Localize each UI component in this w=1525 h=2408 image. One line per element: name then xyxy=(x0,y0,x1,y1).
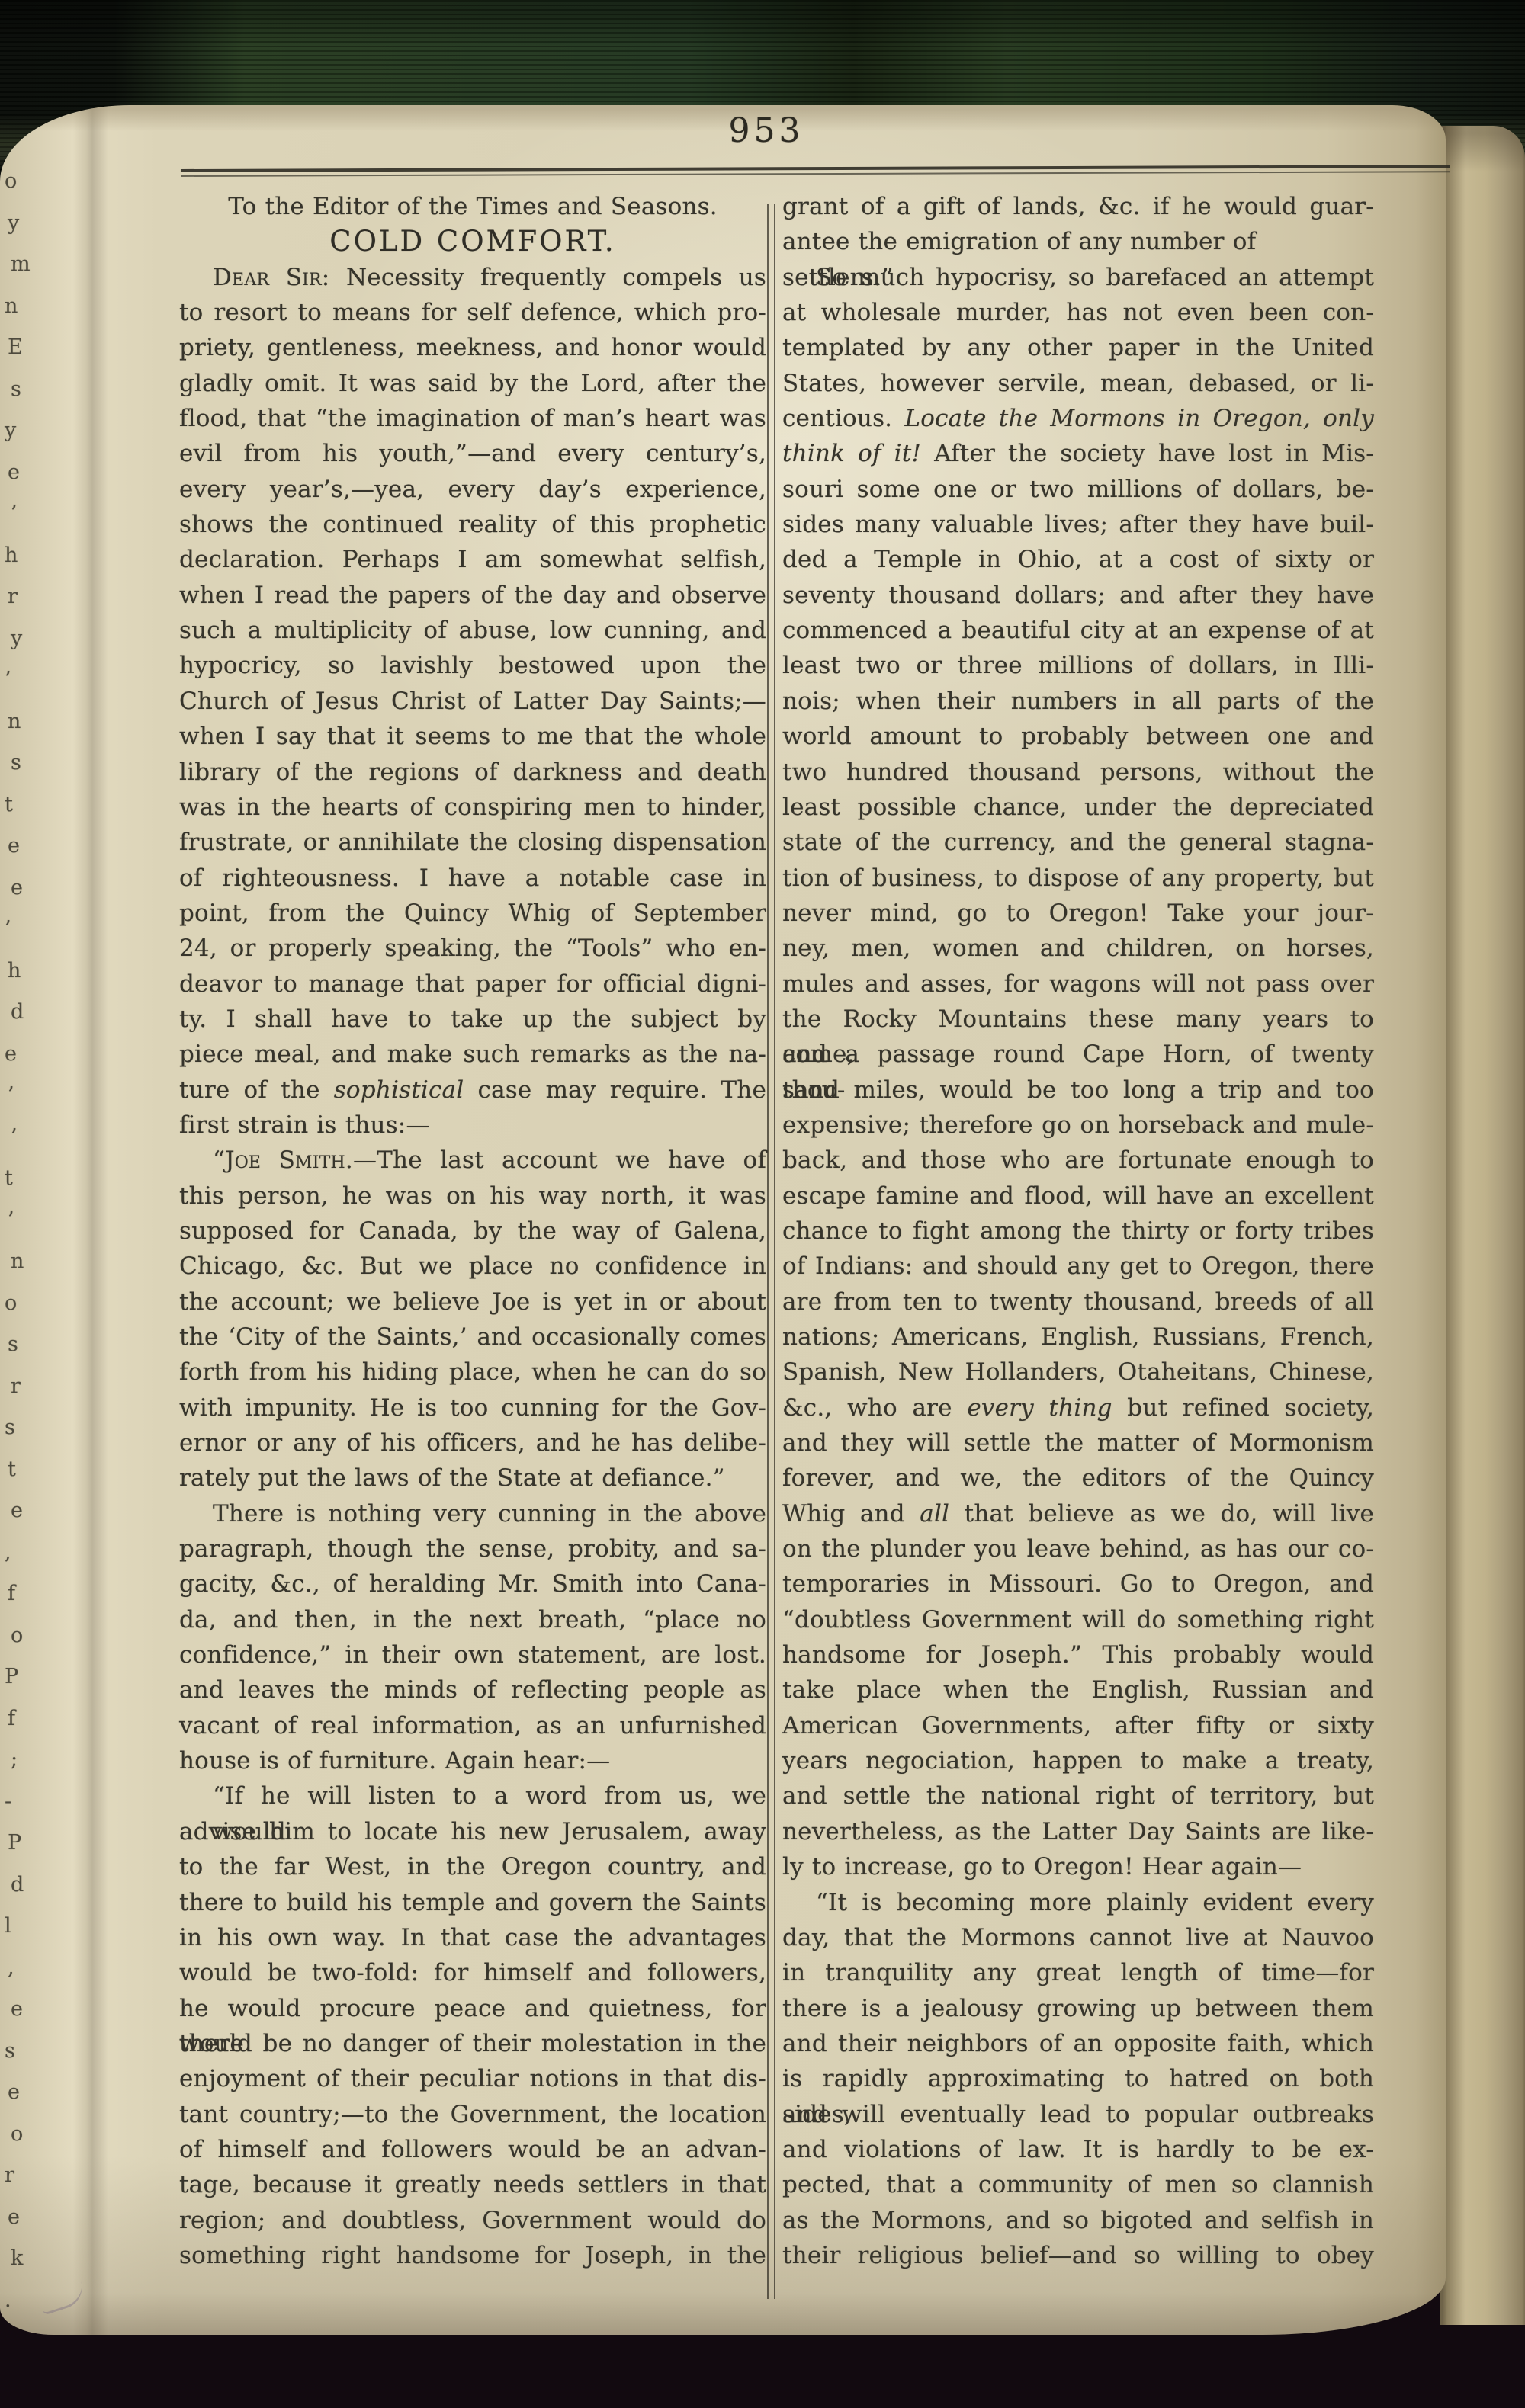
text-line: Church of Jesus Christ of Latter Day Sai… xyxy=(179,684,766,719)
text-line: shows the continued reality of this prop… xyxy=(179,507,766,542)
text-line: escape famine and flood, will have an ex… xyxy=(782,1178,1374,1214)
gutter-letter: , xyxy=(5,1541,11,1564)
text-line: least two or three millions of dollars, … xyxy=(782,648,1374,683)
text-line: world amount to probably between one and xyxy=(782,719,1374,754)
text-line: antee the emigration of any number of se… xyxy=(782,224,1374,259)
text-line: grant of a gift of lands, &c. if he woul… xyxy=(782,189,1374,224)
gutter-letter: e xyxy=(8,834,20,858)
text-line: to resort to means for self defence, whi… xyxy=(179,295,766,330)
text-line: every year’s,—yea, every day’s experienc… xyxy=(179,472,766,507)
text-line: to the far West, in the Oregon country, … xyxy=(179,1849,766,1884)
text-line: day, that the Mormons cannot live at Nau… xyxy=(782,1920,1374,1955)
gutter-letter: h xyxy=(8,959,21,983)
gutter-letter: ’ xyxy=(8,1083,14,1107)
text-line: the account; we believe Joe is yet in or… xyxy=(179,1284,766,1319)
scanned-book-photo: 953 To the Editor of the Times and Seaso… xyxy=(0,0,1525,2408)
gutter-letter: y xyxy=(11,627,22,650)
text-line: hypocricy, so lavishly bestowed upon the xyxy=(179,648,766,683)
gutter-letter: E xyxy=(8,335,23,359)
text-line: house is of furniture. Again hear:— xyxy=(179,1743,766,1778)
gutter-letter: d xyxy=(11,1873,24,1897)
text-line: souri some one or two millions of dollar… xyxy=(782,472,1374,507)
page-number: 953 xyxy=(671,111,862,150)
text-line: flood, that “the imagination of man’s he… xyxy=(179,401,766,436)
text-line: ded a Temple in Ohio, at a cost of sixty… xyxy=(782,542,1374,577)
text-line: supposed for Canada, by the way of Galen… xyxy=(179,1214,766,1249)
text-line: gladly omit. It was said by the Lord, af… xyxy=(179,366,766,401)
right-column: grant of a gift of lands, &c. if he woul… xyxy=(782,189,1374,2273)
text-line: centious. Locate the Mormons in Oregon, … xyxy=(782,401,1374,436)
gutter-letter: o xyxy=(11,2122,23,2146)
text-line: nations; Americans, English, Russians, F… xyxy=(782,1319,1374,1355)
text-line: think of it! After the society have lost… xyxy=(782,436,1374,471)
text-line: States, however servile, mean, debased, … xyxy=(782,366,1374,401)
text-line: this person, he was on his way north, it… xyxy=(179,1178,766,1214)
gutter-letter: ’ xyxy=(5,668,11,691)
gutter-letter: e xyxy=(8,2080,20,2104)
text-line: vacant of real information, as an unfurn… xyxy=(179,1708,766,1743)
gutter-letter: o xyxy=(5,1291,17,1315)
gutter-letter: ; xyxy=(11,1748,18,1772)
text-line: ty. I shall have to take up the subject … xyxy=(179,1002,766,1037)
text-line: mules and asses, for wagons will not pas… xyxy=(782,967,1374,1002)
text-line: ly to increase, go to Oregon! Hear again… xyxy=(782,1849,1374,1884)
text-line: and violations of law. It is hardly to b… xyxy=(782,2132,1374,2167)
text-line: sand miles, would be too long a trip and… xyxy=(782,1073,1374,1108)
gutter-letter: n xyxy=(5,294,18,318)
article-title: COLD COMFORT. xyxy=(179,224,766,259)
text-line: ture of the sophistical case may require… xyxy=(179,1073,766,1108)
text-line: library of the regions of darkness and d… xyxy=(179,755,766,790)
salutation: To the Editor of the Times and Seasons. xyxy=(179,189,766,224)
gutter-letter: ’ xyxy=(11,502,18,525)
text-line: “Joe Smith.—The last account we have of xyxy=(179,1143,766,1178)
text-line: in his own way. In that case the advanta… xyxy=(179,1920,766,1955)
text-line: something right handsome for Joseph, in … xyxy=(179,2238,766,2273)
gutter-letter: ’ xyxy=(11,1125,18,1149)
text-line: such a multiplicity of abuse, low cunnin… xyxy=(179,613,766,648)
gutter-letter: s xyxy=(11,751,21,774)
text-line: Spanish, New Hollanders, Otaheitans, Chi… xyxy=(782,1355,1374,1390)
gutter-letter: d xyxy=(11,1000,24,1024)
text-line: with impunity. He is too cunning for the… xyxy=(179,1390,766,1425)
text-line: Dear Sir: Necessity frequently compels u… xyxy=(179,260,766,295)
column-divider-rule xyxy=(767,204,775,2299)
text-line: there to build his temple and govern the… xyxy=(179,1885,766,1920)
text-line: point, from the Quincy Whig of September xyxy=(179,896,766,931)
text-line: and leaves the minds of reflecting peopl… xyxy=(179,1672,766,1707)
text-line: tant country;—to the Government, the loc… xyxy=(179,2097,766,2132)
text-line: da, and then, in the next breath, “place… xyxy=(179,1602,766,1637)
text-line: ernor or any of his officers, and he has… xyxy=(179,1425,766,1461)
gutter-letter: k xyxy=(11,2246,23,2270)
text-line: nois; when their numbers in all parts of… xyxy=(782,684,1374,719)
text-line: advise him to locate his new Jerusalem, … xyxy=(179,1814,766,1849)
text-line: was in the hearts of conspiring men to h… xyxy=(179,790,766,825)
text-line: nevertheless, as the Latter Day Saints a… xyxy=(782,1814,1374,1849)
text-line: American Governments, after fifty or six… xyxy=(782,1708,1374,1743)
text-line: of himself and followers would be an adv… xyxy=(179,2132,766,2167)
text-line: at wholesale murder, has not even been c… xyxy=(782,295,1374,330)
text-line: confidence,” in their own statement, are… xyxy=(179,1637,766,1672)
gutter-letter: e xyxy=(11,1499,23,1522)
text-line: as the Mormons, and so bigoted and selfi… xyxy=(782,2203,1374,2238)
text-line: rately put the laws of the State at defi… xyxy=(179,1461,766,1496)
text-line: tion of business, to dispose of any prop… xyxy=(782,861,1374,896)
gutter-letter: e xyxy=(11,1997,23,2021)
gutter-letter: y xyxy=(5,418,16,442)
gutter-letter: ’ xyxy=(5,917,11,941)
gutter-letter: e xyxy=(8,460,20,484)
gutter-letter: o xyxy=(11,1624,23,1647)
text-line: he would procure peace and quietness, fo… xyxy=(179,1991,766,2026)
text-line: Chicago, &c. But we place no confidence … xyxy=(179,1249,766,1284)
text-line: would be two-fold: for himself and follo… xyxy=(179,1955,766,1990)
text-line: and a passage round Cape Horn, of twenty… xyxy=(782,1037,1374,1072)
text-line: back, and those who are fortunate enough… xyxy=(782,1143,1374,1178)
gutter-letter: e xyxy=(5,1042,17,1066)
gutter-letter: r xyxy=(8,585,18,608)
text-line: So much hypocrisy, so barefaced an attem… xyxy=(782,260,1374,295)
text-line: and will eventually lead to popular outb… xyxy=(782,2097,1374,2132)
text-line: declaration. Perhaps I am somewhat selfi… xyxy=(179,542,766,577)
gutter-letter: ’ xyxy=(8,1208,14,1232)
gutter-letter: n xyxy=(11,1249,24,1273)
text-line: take place when the English, Russian and xyxy=(782,1672,1374,1707)
newspaper-page: 953 To the Editor of the Times and Seaso… xyxy=(0,105,1446,2335)
text-line: forever, and we, the editors of the Quin… xyxy=(782,1461,1374,1496)
gutter-letter: s xyxy=(5,1416,15,1439)
gutter-letter: s xyxy=(11,377,21,401)
text-line: of Indians: and should any get to Oregon… xyxy=(782,1249,1374,1284)
gutter-letter: t xyxy=(8,1457,16,1481)
gutter-letter: t xyxy=(5,793,13,816)
text-line: priety, gentleness, meekness, and honor … xyxy=(179,330,766,365)
text-line: pected, that a community of men so clann… xyxy=(782,2167,1374,2202)
text-line: ney, men, women and children, on horses, xyxy=(782,931,1374,966)
gutter-letter: l xyxy=(5,1914,11,1938)
text-line: gacity, &c., of heralding Mr. Smith into… xyxy=(179,1566,766,1602)
text-line: on the plunder you leave behind, as has … xyxy=(782,1531,1374,1566)
text-line: templated by any other paper in the Unit… xyxy=(782,330,1374,365)
gutter-letter: e xyxy=(11,876,23,899)
text-line: enjoyment of their peculiar notions in t… xyxy=(179,2061,766,2096)
text-line: piece meal, and make such remarks as the… xyxy=(179,1037,766,1072)
text-line: first strain is thus:— xyxy=(179,1108,766,1143)
text-line: paragraph, though the sense, probity, an… xyxy=(179,1531,766,1566)
text-line: when I say that it seems to me that the … xyxy=(179,719,766,754)
gutter-letter: n xyxy=(8,710,21,733)
text-line: commenced a beautiful city at an expense… xyxy=(782,613,1374,648)
gutter-letter: . xyxy=(5,2288,11,2312)
text-line: frustrate, or annihilate the closing dis… xyxy=(179,825,766,860)
text-line: of righteousness. I have a notable case … xyxy=(179,861,766,896)
text-line: deavor to manage that paper for official… xyxy=(179,967,766,1002)
left-column-body: Dear Sir: Necessity frequently compels u… xyxy=(179,260,766,2274)
text-line: temporaries in Missouri. Go to Oregon, a… xyxy=(782,1566,1374,1602)
text-line: “It is becoming more plainly evident eve… xyxy=(782,1885,1374,1920)
text-line: and their neighbors of an opposite faith… xyxy=(782,2026,1374,2061)
text-line: in tranquility any great length of time—… xyxy=(782,1955,1374,1990)
text-line: are from ten to twenty thousand, breeds … xyxy=(782,1284,1374,1319)
left-column: To the Editor of the Times and Seasons. … xyxy=(179,189,766,2273)
text-line: “doubtless Government will do something … xyxy=(782,1602,1374,1637)
text-line: There is nothing very cunning in the abo… xyxy=(179,1496,766,1531)
gutter-letter: P xyxy=(8,1831,21,1855)
gutter-letter: P xyxy=(5,1665,18,1688)
text-line: when I read the papers of the day and ob… xyxy=(179,578,766,613)
text-line: 24, or properly speaking, the “Tools” wh… xyxy=(179,931,766,966)
text-line: tage, because it greatly needs settlers … xyxy=(179,2167,766,2202)
gutter-letter: f xyxy=(8,1582,15,1605)
pen-mark xyxy=(37,2280,88,2315)
text-line: forth from his hiding place, when he can… xyxy=(179,1355,766,1390)
gutter-letter: e xyxy=(8,2205,20,2229)
gutter-letter: s xyxy=(5,2039,15,2063)
text-line: would be no danger of their molestation … xyxy=(179,2026,766,2061)
text-line: evil from his youth,”—and every century’… xyxy=(179,436,766,471)
text-line: Whig and all that believe as we do, will… xyxy=(782,1496,1374,1531)
gutter-letter: , xyxy=(8,1956,14,1980)
text-line: two hundred thousand persons, without th… xyxy=(782,755,1374,790)
gutter-letter: t xyxy=(5,1166,13,1190)
gutter-letter: y xyxy=(8,211,19,235)
gutter-letter: f xyxy=(8,1707,15,1730)
text-line: the ‘City of the Saints,’ and occasional… xyxy=(179,1319,766,1355)
gutter-letter: m xyxy=(11,252,30,276)
right-column-body: grant of a gift of lands, &c. if he woul… xyxy=(782,189,1374,2273)
text-line: never mind, go to Oregon! Take your jour… xyxy=(782,896,1374,931)
text-line: state of the currency, and the general s… xyxy=(782,825,1374,860)
text-line: is rapidly approximating to hatred on bo… xyxy=(782,2061,1374,2096)
text-line: sides many valuable lives; after they ha… xyxy=(782,507,1374,542)
text-line: there is a jealousy growing up between t… xyxy=(782,1991,1374,2026)
text-line: &c., who are every thing but refined soc… xyxy=(782,1390,1374,1425)
gutter-letter: s xyxy=(8,1332,18,1356)
gutter-letter: h xyxy=(5,543,18,567)
text-line: and settle the national right of territo… xyxy=(782,1778,1374,1813)
text-line: and they will settle the matter of Mormo… xyxy=(782,1425,1374,1461)
text-line: their religious belief—and so willing to… xyxy=(782,2238,1374,2273)
text-line: expensive; therefore go on horseback and… xyxy=(782,1108,1374,1143)
text-line: chance to fight among the thirty or fort… xyxy=(782,1214,1374,1249)
text-line: the Rocky Mountains these many years to … xyxy=(782,1002,1374,1037)
gutter-letter: - xyxy=(5,1790,11,1813)
text-line: “If he will listen to a word from us, we… xyxy=(179,1778,766,1813)
text-line: seventy thousand dollars; and after they… xyxy=(782,578,1374,613)
text-line: least possible chance, under the depreci… xyxy=(782,790,1374,825)
text-line: region; and doubtless, Government would … xyxy=(179,2203,766,2238)
gutter-letter: r xyxy=(11,1374,21,1398)
gutter-letter: r xyxy=(5,2163,14,2187)
text-line: handsome for Joseph.” This probably woul… xyxy=(782,1637,1374,1672)
stacked-page-edges xyxy=(1440,126,1525,2325)
text-line: years negociation, happen to make a trea… xyxy=(782,1743,1374,1778)
header-double-rule xyxy=(181,165,1450,181)
gutter-letter: o xyxy=(5,169,17,193)
